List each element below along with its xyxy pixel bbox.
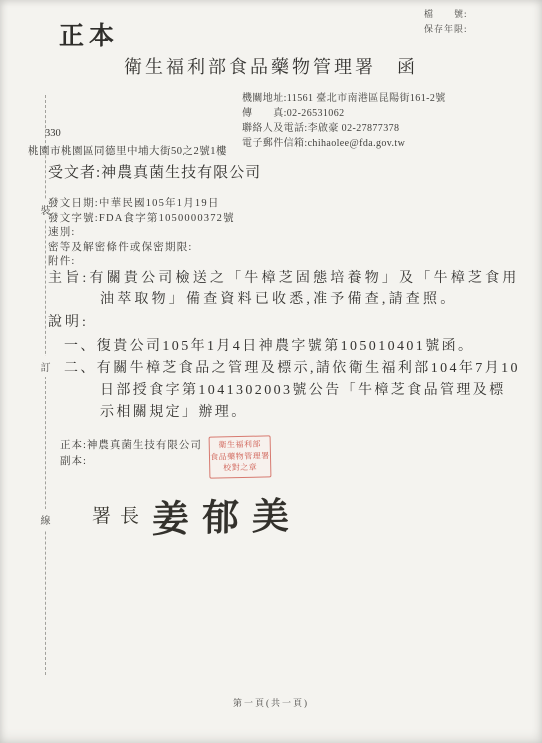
binding-mark-xian: 線 bbox=[39, 509, 52, 530]
security-line: 密等及解密條件或保密期限: bbox=[48, 241, 235, 256]
retention-period-label: 保存年限: bbox=[424, 22, 468, 37]
signer-title: 署長 bbox=[92, 501, 148, 528]
recipient-name-line: 受文者:神農真菌生技有限公司 bbox=[48, 161, 261, 182]
recipient-address: 桃園市桃園區同德里中埔大街50之2號1樓 bbox=[28, 143, 227, 158]
copy-type-label: 正本 bbox=[59, 16, 119, 52]
agency-address: 機關地址:11561 臺北市南港區昆陽街161-2號 bbox=[242, 91, 446, 106]
issue-date-line: 發文日期:中華民國105年1月19日 bbox=[48, 197, 235, 212]
stamp-line-1: 衛生福利部 bbox=[210, 438, 270, 451]
stamp-line-3: 校對之章 bbox=[210, 461, 270, 474]
signer-name-signature: 姜郁美 bbox=[152, 485, 302, 543]
subject-text: 有關貴公司檢送之「牛樟芝固態培養物」及「牛樟芝食用油萃取物」備查資料已收悉,准予… bbox=[90, 271, 520, 307]
agency-fax: 傳 真:02-26531062 bbox=[242, 106, 446, 121]
explanation-items: 一、復貴公司105年1月4日神農字號第105010401號函。 二、有關牛樟芝食… bbox=[64, 336, 520, 424]
proofread-stamp: 衛生福利部 食品藥物管理署 校對之章 bbox=[209, 435, 272, 478]
cc-copy-line: 副本: bbox=[60, 454, 202, 470]
priority-line: 速別: bbox=[48, 226, 235, 241]
subject-label: 主旨: bbox=[48, 271, 90, 286]
scanned-official-letter: 裝 訂 線 正本 檔 號: 保存年限: 衛生福利部食品藥物管理署 函 機關地址:… bbox=[0, 0, 542, 743]
recipient-postal-code: 330 bbox=[45, 128, 61, 139]
file-number-block: 檔 號: 保存年限: bbox=[424, 7, 468, 36]
document-meta-block: 發文日期:中華民國105年1月19日 發文字號:FDA食字第1050000372… bbox=[48, 197, 235, 270]
letter-body: 主旨:有關貴公司檢送之「牛樟芝固態培養物」及「牛樟芝食用油萃取物」備查資料已收悉… bbox=[48, 268, 520, 424]
cc-original-line: 正本:神農真菌生技有限公司 bbox=[60, 438, 202, 454]
stamp-line-2: 食品藥物管理署 bbox=[210, 450, 270, 463]
binding-dashed-line bbox=[45, 95, 46, 675]
agency-contact: 聯絡人及電話:李啟豪 02-27877378 bbox=[242, 121, 446, 136]
subject-line: 主旨:有關貴公司檢送之「牛樟芝固態培養物」及「牛樟芝食用油萃取物」備查資料已收悉… bbox=[48, 268, 520, 310]
explanation-label: 說明: bbox=[48, 312, 520, 333]
agency-info-block: 機關地址:11561 臺北市南港區昆陽街161-2號 傳 真:02-265310… bbox=[242, 91, 446, 151]
explanation-item-1: 一、復貴公司105年1月4日神農字號第105010401號函。 bbox=[64, 336, 520, 358]
cc-block: 正本:神農真菌生技有限公司 副本: bbox=[60, 438, 202, 470]
file-number-label: 檔 號: bbox=[424, 7, 468, 22]
agency-email: 電子郵件信箱:chihaolee@fda.gov.tw bbox=[242, 136, 446, 151]
page-number-footer: 第一頁(共一頁) bbox=[0, 696, 542, 709]
document-title: 衛生福利部食品藥物管理署 函 bbox=[0, 53, 542, 79]
doc-number-line: 發文字號:FDA食字第1050000372號 bbox=[48, 212, 235, 227]
explanation-item-2: 二、有關牛樟芝食品之管理及標示,請依衛生福利部104年7月10日部授食字第104… bbox=[64, 358, 520, 424]
